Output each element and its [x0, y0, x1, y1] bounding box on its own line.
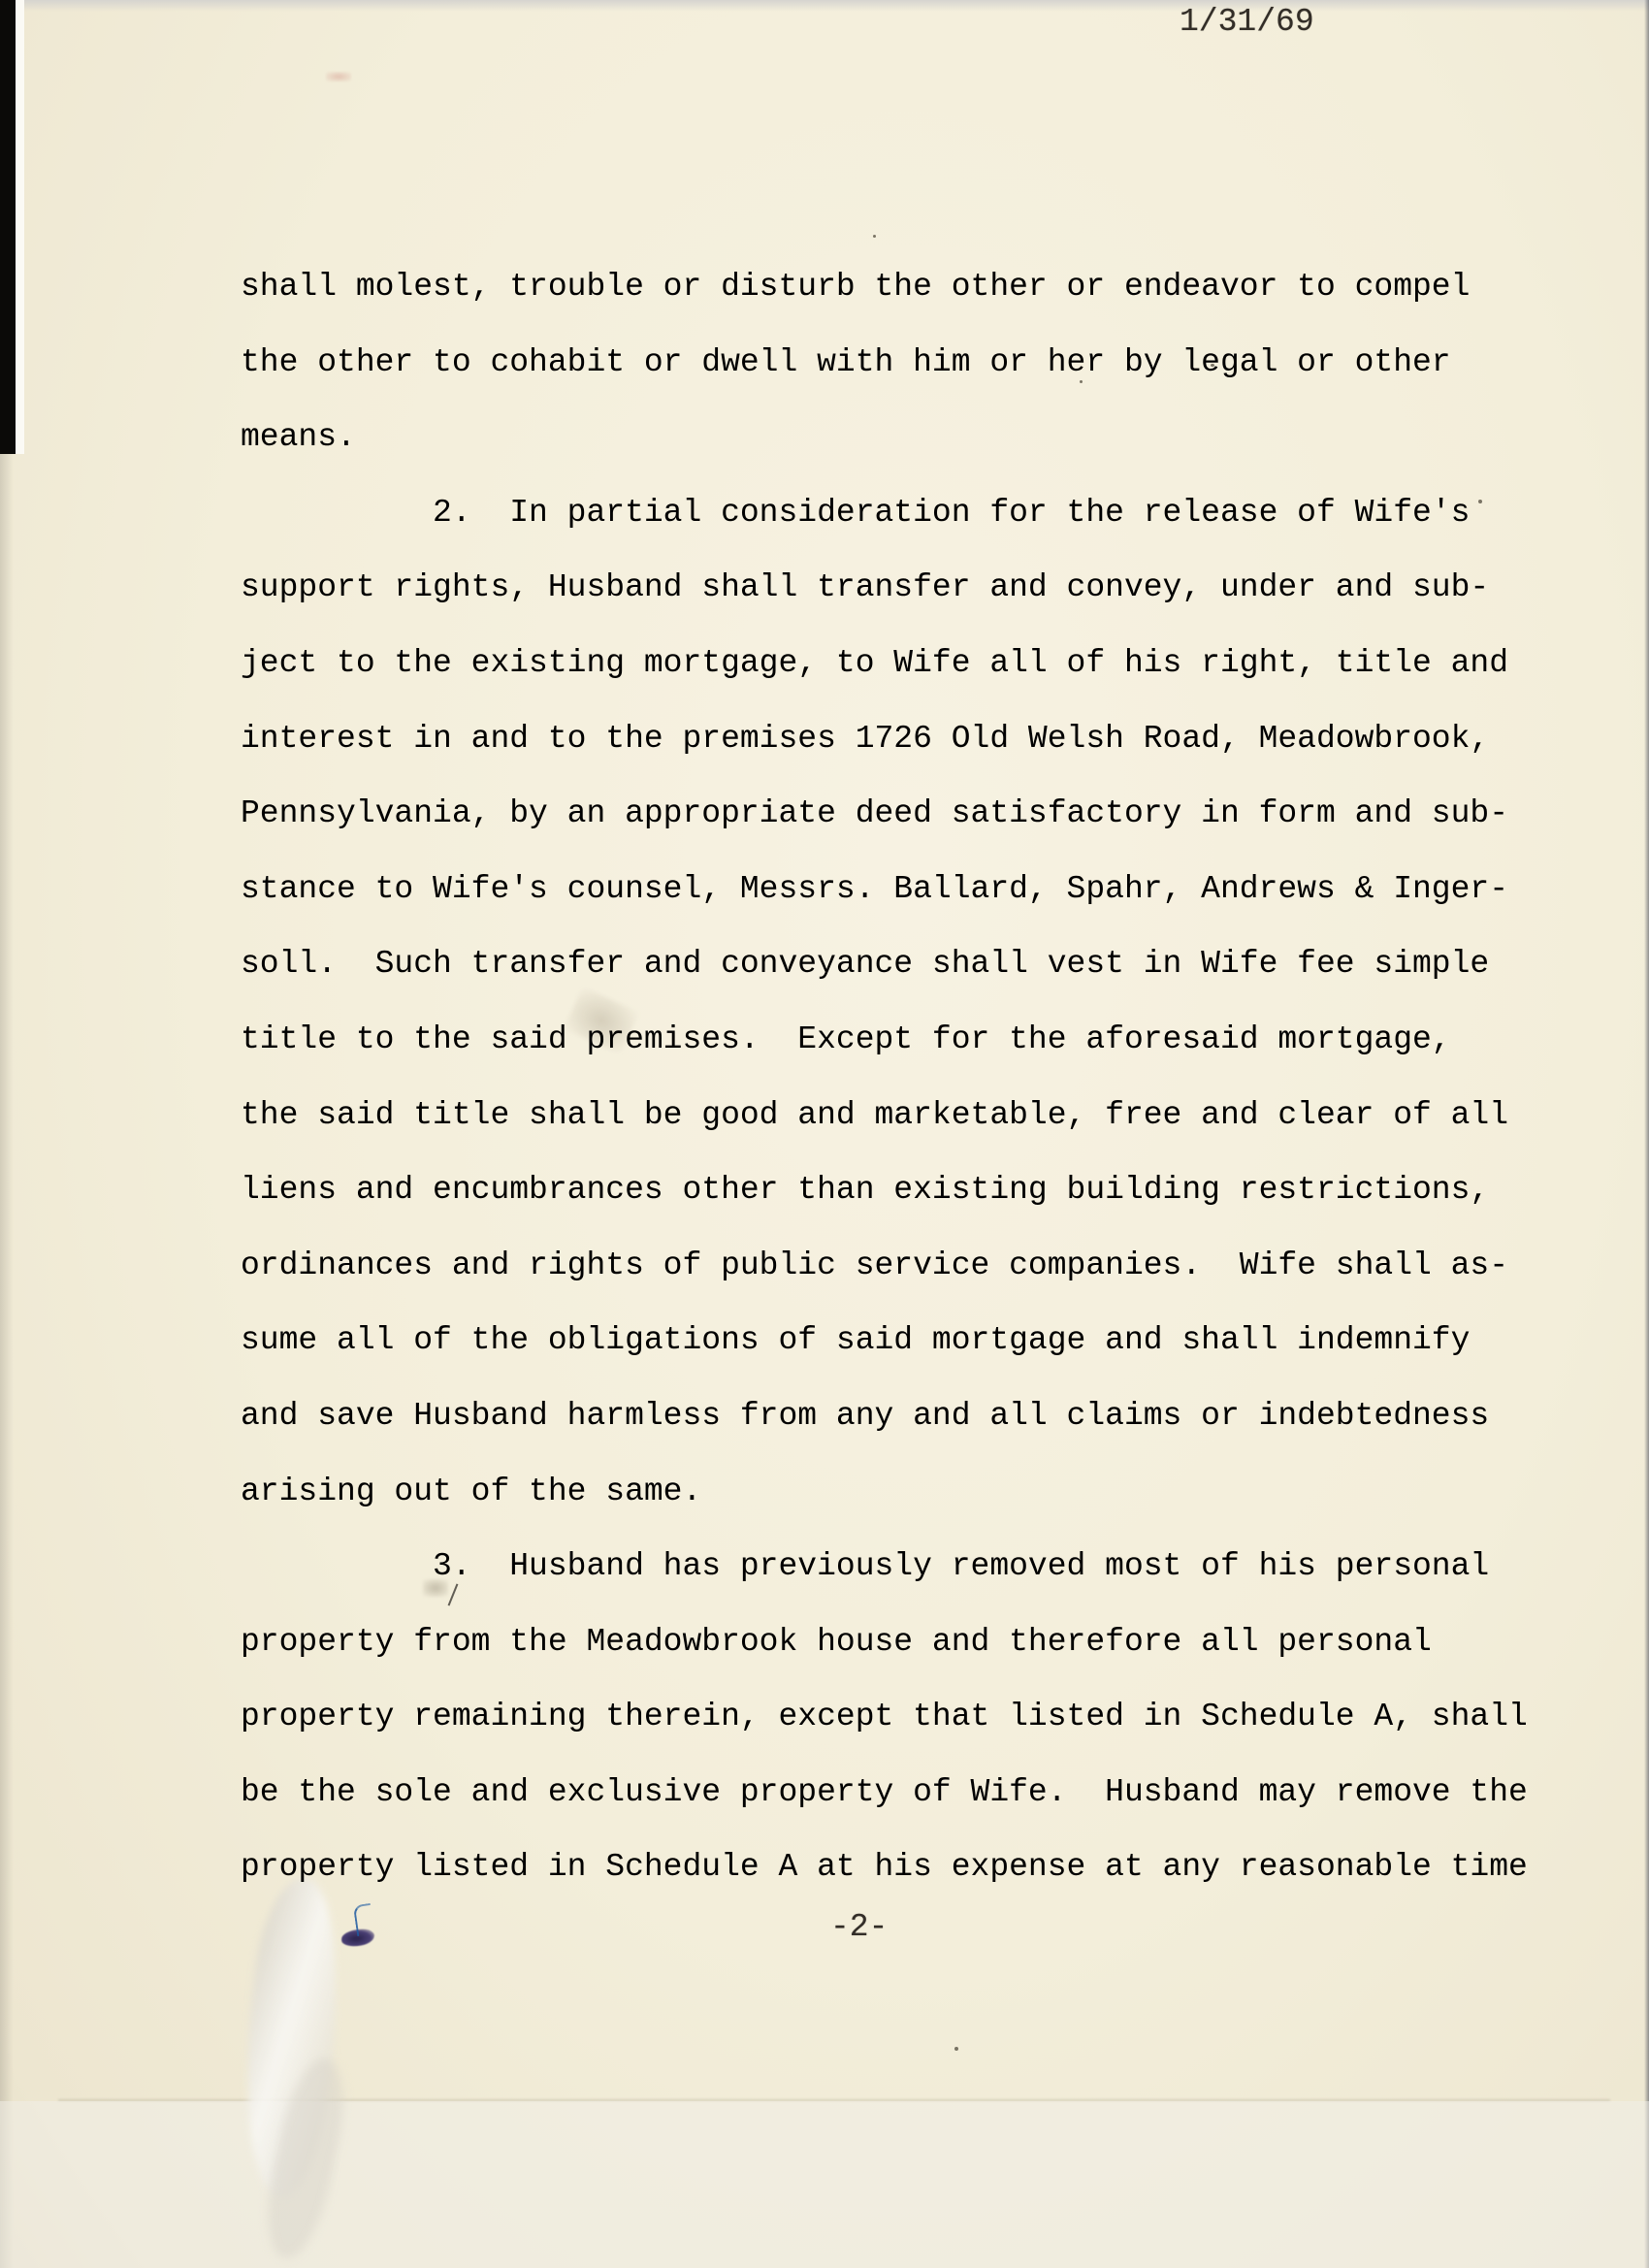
document-line: interest in and to the premises 1726 Old…: [241, 701, 1599, 777]
document-line: title to the said premises. Except for t…: [241, 1002, 1599, 1078]
document-line: 3. Husband has previously removed most o…: [241, 1529, 1599, 1604]
scan-left-paper-edge: [16, 0, 24, 454]
document-line: property remaining therein, except that …: [241, 1679, 1599, 1755]
paper-speck: [873, 235, 876, 238]
paper-speck: [954, 2047, 958, 2051]
document-line: arising out of the same.: [241, 1454, 1599, 1530]
page-number: -2-: [830, 1909, 888, 1945]
document-line: and save Husband harmless from any and a…: [241, 1378, 1599, 1454]
document-line: ject to the existing mortgage, to Wife a…: [241, 626, 1599, 701]
document-line: Pennsylvania, by an appropriate deed sat…: [241, 776, 1599, 852]
document-body: shall molest, trouble or disturb the oth…: [241, 249, 1599, 1905]
document-line: support rights, Husband shall transfer a…: [241, 550, 1599, 626]
document-line: the said title shall be good and marketa…: [241, 1078, 1599, 1153]
paper-bottom-strip: [0, 2101, 1649, 2268]
document-line: be the sole and exclusive property of Wi…: [241, 1755, 1599, 1831]
document-line: 2. In partial consideration for the rele…: [241, 475, 1599, 551]
document-line: means.: [241, 400, 1599, 475]
scan-top-edge: [0, 0, 1649, 12]
paper-speck: [326, 72, 351, 81]
document-line: sume all of the obligations of said mort…: [241, 1303, 1599, 1378]
document-line: soll. Such transfer and conveyance shall…: [241, 926, 1599, 1002]
document-line: the other to cohabit or dwell with him o…: [241, 325, 1599, 401]
scan-right-edge: [1644, 0, 1649, 2268]
document-line: property from the Meadowbrook house and …: [241, 1604, 1599, 1680]
document-line: ordinances and rights of public service …: [241, 1228, 1599, 1304]
page-date: 1/31/69: [1180, 4, 1314, 40]
document-line: property listed in Schedule A at his exp…: [241, 1830, 1599, 1905]
scanned-document-page: { "page": { "date": "1/31/69", "page_num…: [0, 0, 1649, 2268]
document-line: stance to Wife's counsel, Messrs. Ballar…: [241, 852, 1599, 927]
document-line: shall molest, trouble or disturb the oth…: [241, 249, 1599, 325]
scan-left-shadow: [0, 454, 14, 2268]
scan-left-black-edge: [0, 0, 16, 454]
document-line: liens and encumbrances other than existi…: [241, 1152, 1599, 1228]
